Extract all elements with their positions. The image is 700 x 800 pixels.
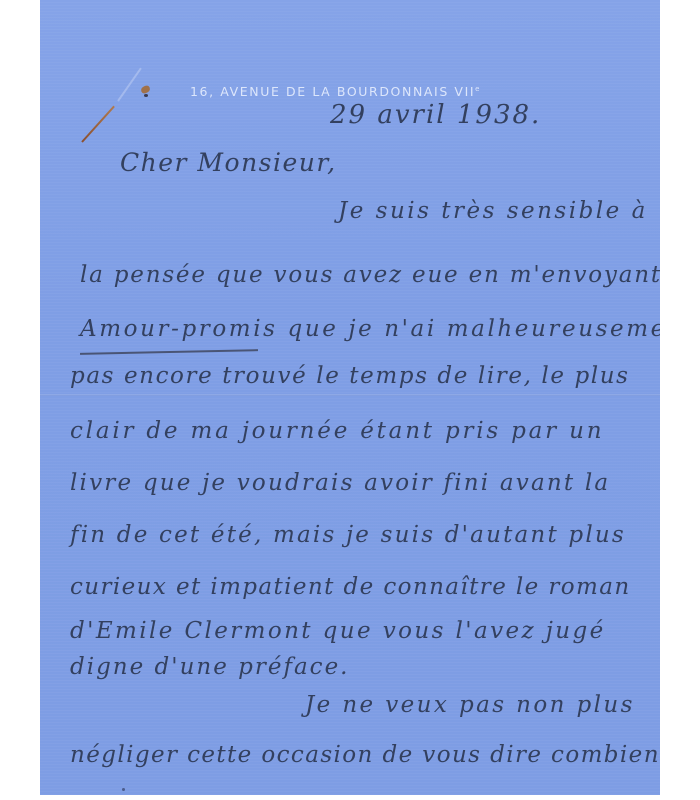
paper-speck <box>122 788 125 791</box>
paper-crease <box>117 68 142 102</box>
letterhead-address-text: 16, AVENUE DE LA BOURDONNAIS VII <box>190 84 475 99</box>
letterhead-address: 16, AVENUE DE LA BOURDONNAIS VIIe <box>190 84 479 99</box>
letter-line-4: pas encore trouvé le temps de lire, le p… <box>70 363 630 389</box>
letter-line-2: la pensée que vous avez eue en m'envoyan… <box>80 262 660 288</box>
letter-line-1: Je suis très sensible à <box>338 198 648 224</box>
letter-line-3: Amour-promis que je n'ai malheureusement <box>80 316 660 342</box>
letter-line-6: livre que je voudrais avoir fini avant l… <box>70 470 610 496</box>
letter-line-12: négliger cette occasion de vous dire com… <box>70 742 660 768</box>
rust-line-stain <box>81 106 115 143</box>
letter-line-11: Je ne veux pas non plus <box>305 692 635 718</box>
pin-hole-mark <box>144 94 148 97</box>
letter-paper: 16, AVENUE DE LA BOURDONNAIS VIIe 29 avr… <box>40 0 660 795</box>
letter-line-10: digne d'une préface. <box>70 654 350 680</box>
letter-date: 29 avril 1938. <box>330 100 541 130</box>
title-underline <box>80 349 258 355</box>
letter-salutation: Cher Monsieur, <box>120 148 337 177</box>
letter-line-5: clair de ma journée étant pris par un <box>70 418 604 444</box>
letter-line-9: d'Emile Clermont que vous l'avez jugé <box>70 618 606 644</box>
letterhead-suffix: e <box>475 85 479 93</box>
letter-line-7: fin de cet été, mais je suis d'autant pl… <box>70 522 626 548</box>
rust-stain-mark <box>140 85 151 95</box>
letter-line-8: curieux et impatient de connaître le rom… <box>70 574 631 600</box>
paper-fold-line <box>40 394 660 396</box>
